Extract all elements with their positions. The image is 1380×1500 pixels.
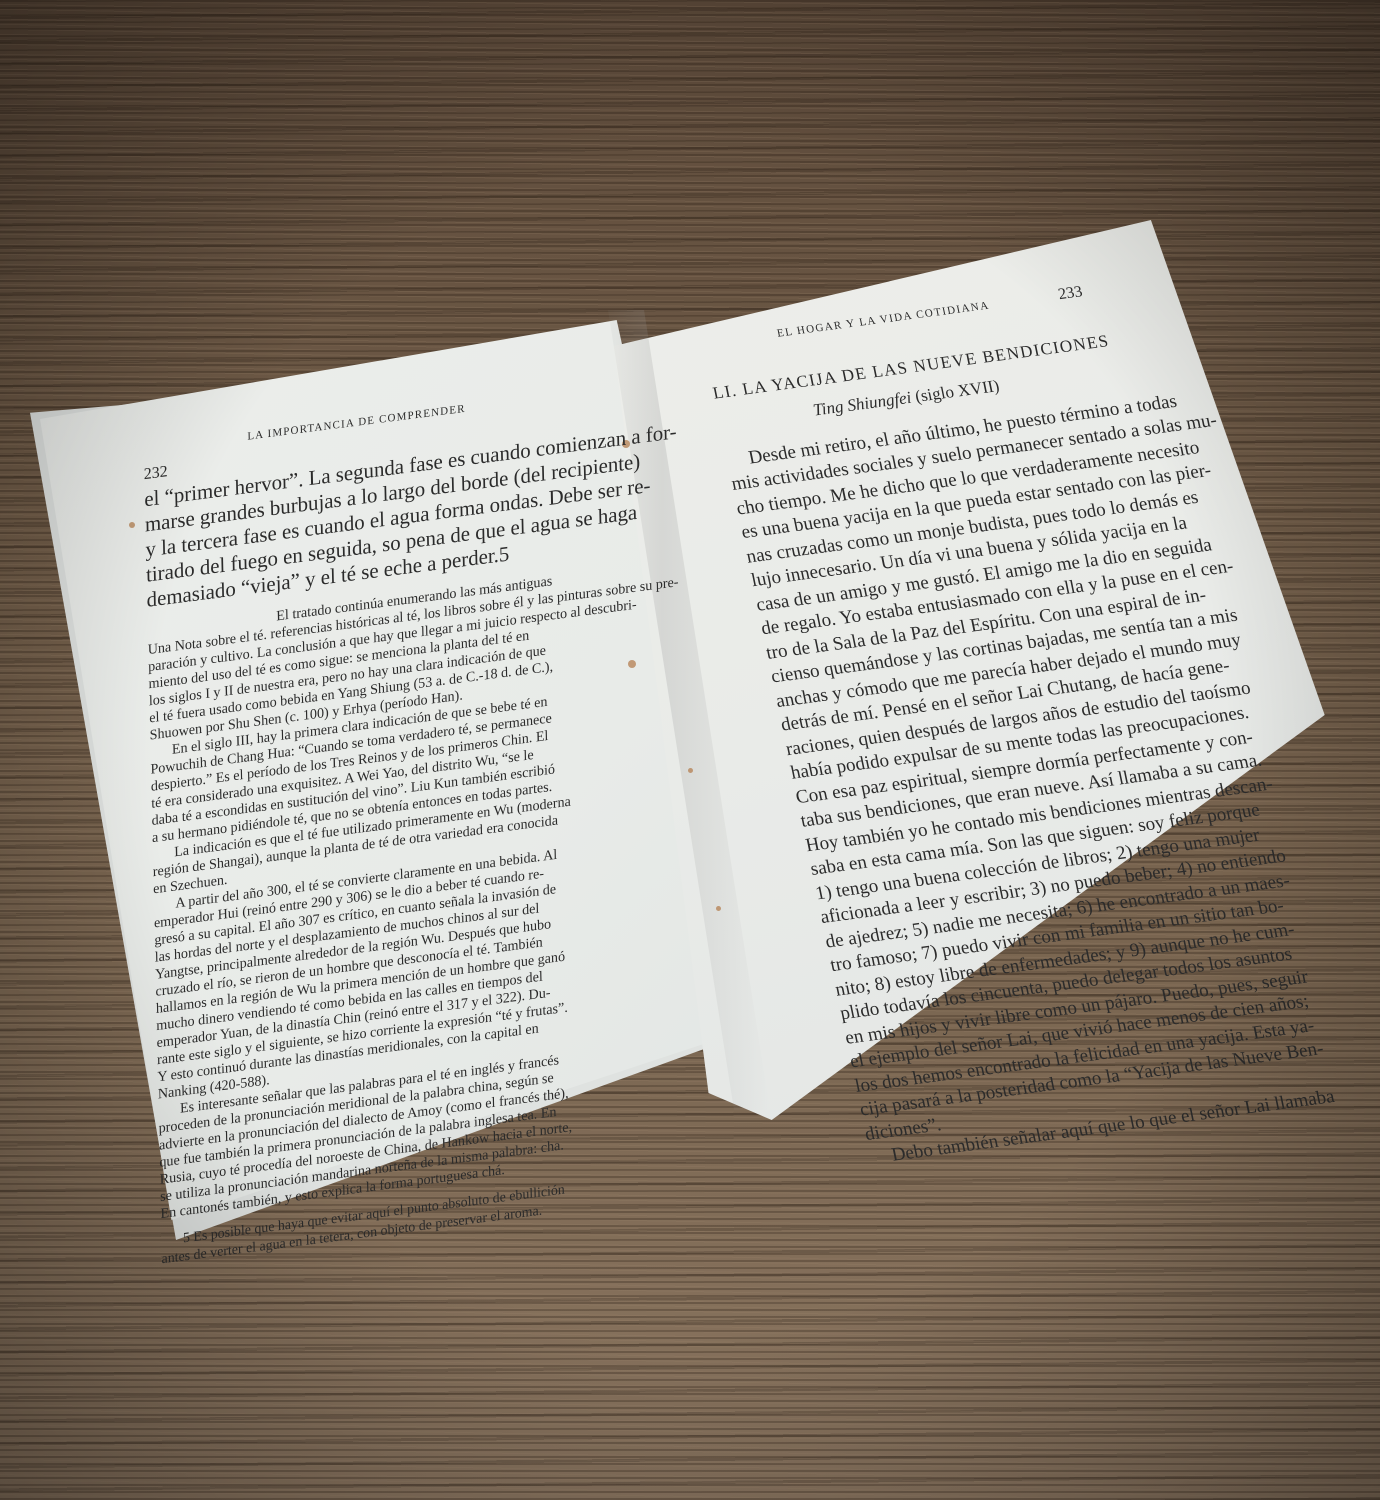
stain-spot [716,906,721,911]
left-page-text: LA IMPORTANCIA DE COMPRENDER 232 el “pri… [143,372,694,1270]
author-period: (siglo XVII) [913,376,1001,406]
stain-spot [688,768,693,773]
author-name: Ting Shiungfei [811,388,913,420]
left-page-number: 232 [144,463,168,483]
open-book: LA IMPORTANCIA DE COMPRENDER 232 el “pri… [0,0,1380,1500]
right-page-number: 233 [1057,283,1084,303]
stain-spot [129,522,135,528]
